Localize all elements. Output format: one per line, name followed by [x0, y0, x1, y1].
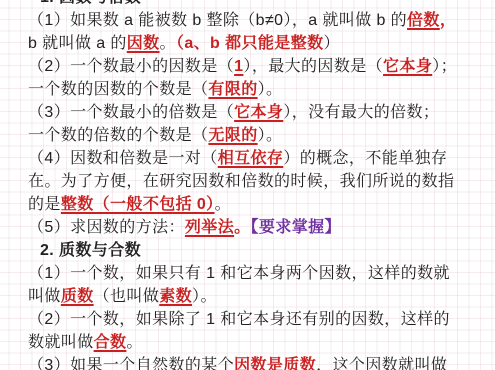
text-segment: ），最大的因数是（	[243, 58, 383, 75]
text-line: （4）因数和倍数是一对（相互依存）的概念，不能单独存	[28, 147, 486, 170]
highlighted-term: 有限的	[208, 81, 257, 98]
text-segment: 叫做	[28, 288, 61, 305]
text-line: 一个数的倍数的个数是（无限的）。	[28, 124, 486, 147]
text-segment: ）。	[258, 81, 283, 98]
highlighted-term: 素数	[159, 288, 192, 305]
text-segment: b 就叫做 a 的	[28, 35, 127, 52]
text-line: （2）一个数，如果除了 1 和它本身还有别的因数，这样的	[28, 308, 486, 331]
text-line: 的是整数（一般不包括 0）。	[28, 193, 486, 216]
text-segment: （2）一个数，如果除了 1 和它本身还有别的因数，这样的	[28, 311, 450, 328]
text-segment: ）。	[258, 127, 283, 144]
text-line: 一个数的因数的个数是（有限的）。	[28, 78, 486, 101]
highlighted-term: 。	[234, 219, 250, 236]
text-segment: （2）一个数最小的因数是（	[28, 58, 234, 75]
section-title-factors-multiples: 1. 因数与倍数	[28, 0, 486, 9]
highlighted-term: 合数	[94, 334, 127, 351]
text-line: 在。为了方便，在研究因数和倍数的时候，我们所说的数指	[28, 170, 486, 193]
text-line: （3）一个数最小的倍数是（它本身），没有最大的倍数；	[28, 101, 486, 124]
document-lines: 1. 因数与倍数（1）如果数 a 能被数 b 整除（b≠0），a 就叫做 b 的…	[28, 0, 486, 370]
highlighted-term: 因数	[127, 35, 160, 52]
text-segment: 1. 因数与倍数	[40, 0, 141, 6]
highlighted-term: 质数	[61, 288, 94, 305]
text-segment: 数就叫做	[28, 334, 94, 351]
text-segment: （3）如果一个自然数的某个	[28, 357, 234, 370]
text-segment: （1）一个数，如果只有 1 和它本身两个因数，这样的数就	[28, 265, 450, 282]
text-line: （2）一个数最小的因数是（1），最大的因数是（它本身）；	[28, 55, 486, 78]
highlighted-term: ，	[440, 12, 456, 29]
text-segment: 。	[126, 334, 142, 351]
text-segment: 在。为了方便，在研究因数和倍数的时候，我们所说的数指	[28, 173, 454, 190]
text-segment: ）的概念，不能单独存	[283, 150, 447, 167]
text-segment: 。	[160, 35, 176, 52]
text-line: （3）如果一个自然数的某个因数是质数，这个因数就叫做	[28, 354, 486, 370]
text-line: （1）如果数 a 能被数 b 整除（b≠0），a 就叫做 b 的倍数，	[28, 9, 486, 32]
text-segment: 的是	[28, 196, 61, 213]
text-segment: （3）一个数最小的倍数是（	[28, 104, 234, 121]
text-segment: （4）因数和倍数是一对（	[28, 150, 218, 167]
text-segment: 。	[215, 196, 231, 213]
text-segment: （1）如果数 a 能被数 b 整除（b≠0），a 就叫做 b 的	[28, 12, 407, 29]
text-segment: ），没有最大的倍数；	[283, 104, 439, 121]
text-segment: 一个数的因数的个数是（	[28, 81, 208, 98]
highlighted-term: 它本身	[383, 58, 432, 75]
text-segment: 一个数的倍数的个数是（	[28, 127, 208, 144]
highlighted-term: 它本身	[234, 104, 283, 121]
notes-page: 1. 因数与倍数（1）如果数 a 能被数 b 整除（b≠0），a 就叫做 b 的…	[0, 0, 495, 370]
highlighted-term: 相互依存	[218, 150, 284, 167]
text-segment: ）。	[192, 288, 217, 305]
highlighted-term: 无限的	[208, 127, 257, 144]
highlighted-term: 整数（一般不包括 0）	[61, 196, 215, 213]
text-line: 叫做质数（也叫做素数）。	[28, 285, 486, 308]
highlighted-term: （a、b 都只能是整数	[176, 35, 324, 52]
text-line: （1）一个数，如果只有 1 和它本身两个因数，这样的数就	[28, 262, 486, 285]
text-line: （5）求因数的方法：列举法。【要求掌握】	[28, 216, 486, 239]
highlighted-term: 因数是质数	[234, 357, 316, 370]
text-segment: ，这个因数就叫做	[316, 357, 447, 370]
section-title-primes-composites: 2. 质数与合数	[28, 239, 486, 262]
text-segment: ）	[323, 35, 339, 52]
highlighted-term: 倍数	[407, 12, 440, 29]
requirement-note: 【要求掌握】	[251, 219, 341, 236]
text-segment: （也叫做	[94, 288, 160, 305]
text-segment: ）；	[432, 58, 457, 75]
highlighted-term: 列举法	[185, 219, 234, 236]
text-segment: 2. 质数与合数	[40, 242, 141, 259]
text-segment: （5）求因数的方法：	[28, 219, 185, 236]
text-line: b 就叫做 a 的因数。（a、b 都只能是整数）	[28, 32, 486, 55]
text-line: 数就叫做合数。	[28, 331, 486, 354]
